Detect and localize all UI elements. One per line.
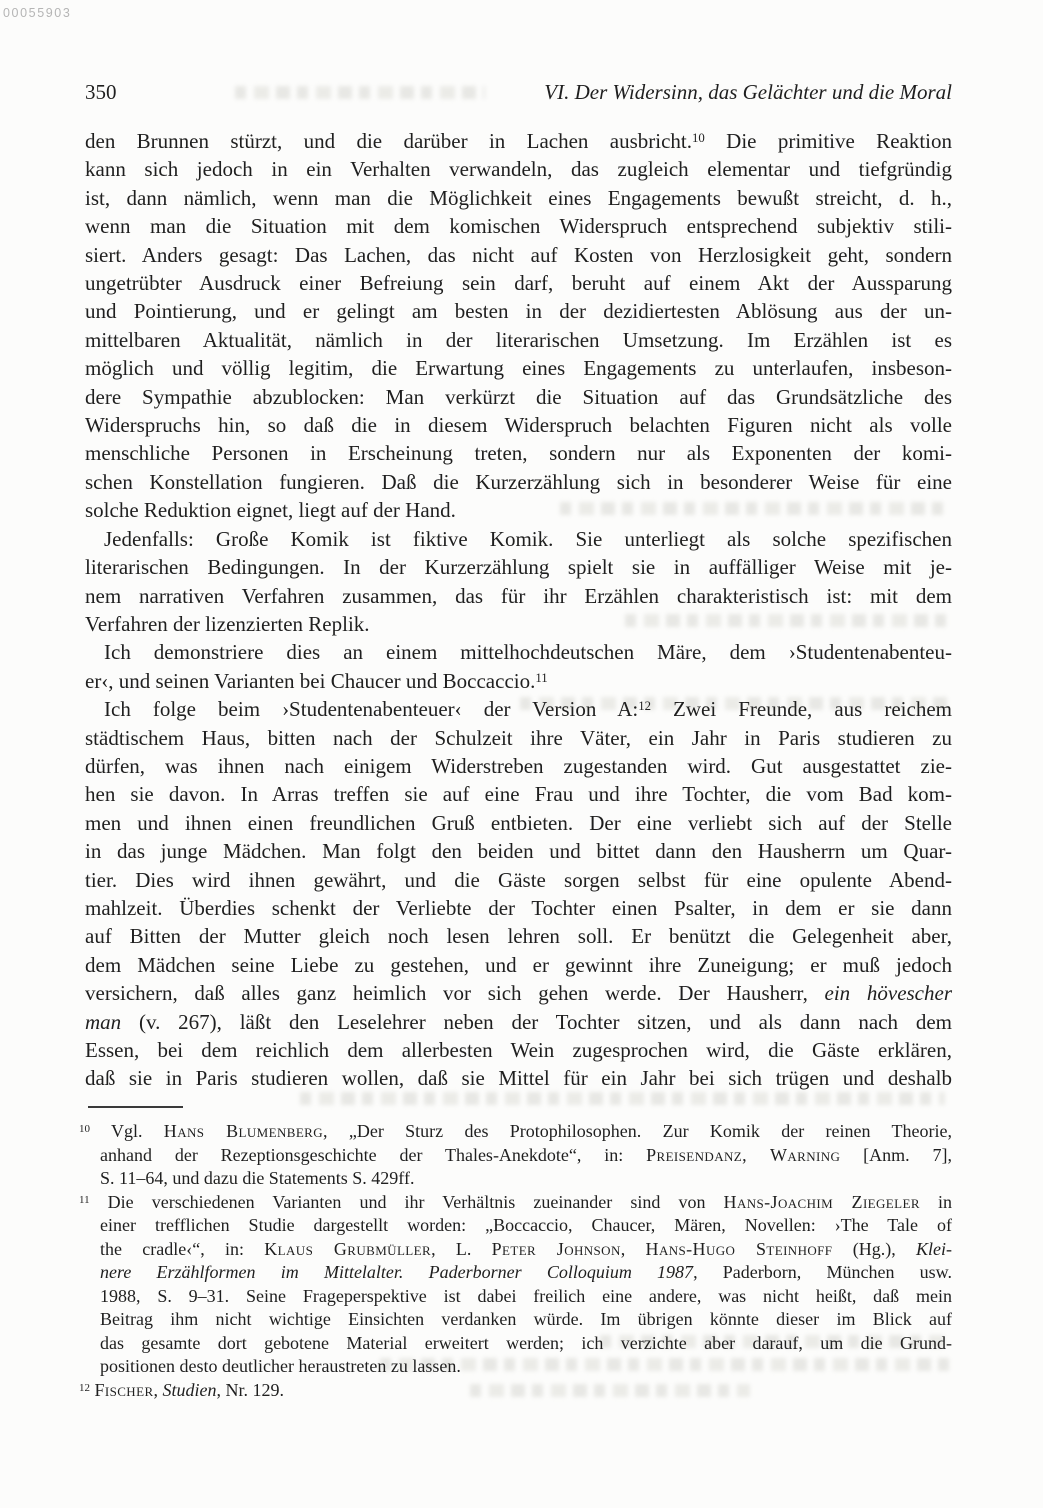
text-segment: Verfahren der lizenzierten Replik. bbox=[85, 612, 370, 636]
text-segment: , bbox=[154, 1380, 163, 1400]
text-segment: ist, dann nämlich, wenn man die Möglichk… bbox=[85, 186, 952, 210]
text-line: möglich und völlig legitim, die Erwartun… bbox=[85, 354, 952, 382]
text-segment: den Brunnen stürzt, und die darüber in L… bbox=[85, 129, 692, 153]
text-line: dem Mädchen seine Liebe zu gestehen, und… bbox=[85, 951, 952, 979]
text-segment: Essen, bei dem reichlich dem allerbesten… bbox=[85, 1038, 952, 1062]
text-line: nere Erzählformen im Mittelalter. Paderb… bbox=[100, 1261, 952, 1285]
text-line: dürfen, was ihnen nach einigem Widerstre… bbox=[85, 752, 952, 780]
text-segment: Fischer bbox=[94, 1380, 153, 1400]
text-line: nem narrativen Verfahren zusammen, das f… bbox=[85, 582, 952, 610]
body-text: den Brunnen stürzt, und die darüber in L… bbox=[85, 127, 952, 1093]
text-segment: Beitrag ihm nicht wichtige Einsichten ve… bbox=[100, 1309, 952, 1329]
text-line: tier. Dies wird ihnen gewährt, und die G… bbox=[85, 866, 952, 894]
footnote-ref: 12 bbox=[638, 699, 651, 713]
text-segment: Die verschiedenen Varianten und ihr Verh… bbox=[90, 1192, 724, 1212]
text-segment: dem Mädchen seine Liebe zu gestehen, und… bbox=[85, 953, 952, 977]
text-segment: Widerspruchs hin, so daß die in diesem W… bbox=[85, 413, 952, 437]
text-segment: , Nr. 129. bbox=[217, 1380, 285, 1400]
text-segment: man bbox=[85, 1010, 121, 1034]
text-segment: 1988, S. 9–31. Seine Frageperspektive is… bbox=[100, 1286, 952, 1306]
text-line: städtischem Haus, bitten nach der Schulz… bbox=[85, 724, 952, 752]
text-line: 10 Vgl. Hans Blumenberg, „Der Sturz des … bbox=[100, 1120, 952, 1144]
text-segment: Ich demonstriere dies an einem mittelhoc… bbox=[104, 640, 952, 664]
text-segment: hen sie davon. In Arras treffen sie auf … bbox=[85, 782, 952, 806]
text-segment: S. 11–64, und dazu die Statements S. 429… bbox=[100, 1168, 414, 1188]
text-segment: the cradle‹“, in: bbox=[100, 1239, 264, 1259]
text-segment: Studien bbox=[163, 1380, 217, 1400]
text-line: einer trefflichen Studie dargestellt wor… bbox=[100, 1214, 952, 1238]
text-segment: daß sie in Paris studieren wollen, daß s… bbox=[85, 1066, 952, 1090]
footnotes-block: 10 Vgl. Hans Blumenberg, „Der Sturz des … bbox=[79, 1120, 952, 1402]
text-segment: Preisendanz, Warning bbox=[646, 1145, 840, 1165]
footnote-ref: 10 bbox=[79, 1123, 90, 1135]
text-line: Beitrag ihm nicht wichtige Einsichten ve… bbox=[100, 1308, 952, 1332]
text-line: und Pointierung, und er gelingt am beste… bbox=[85, 297, 952, 325]
text-segment: wenn man die Situation mit dem komischen… bbox=[85, 214, 952, 238]
text-line: Essen, bei dem reichlich dem allerbesten… bbox=[85, 1036, 952, 1064]
text-segment: mahlzeit. Überdies schenkt der Verliebte… bbox=[85, 896, 952, 920]
scan-id-stamp: 00055903 bbox=[3, 6, 71, 20]
text-segment: ungetrübter Ausdruck einer Befreiung sei… bbox=[85, 271, 952, 295]
text-segment: nem narrativen Verfahren zusammen, das f… bbox=[85, 584, 952, 608]
text-segment: , bbox=[621, 1239, 646, 1259]
footnote-item: 10 Vgl. Hans Blumenberg, „Der Sturz des … bbox=[79, 1120, 952, 1191]
text-segment: , L. bbox=[431, 1239, 492, 1259]
text-segment: Zwei Freunde, aus reichem bbox=[651, 697, 952, 721]
text-segment: (v. 267), läßt den Leselehrer neben der … bbox=[121, 1010, 952, 1034]
text-line: the cradle‹“, in: Klaus Grubmüller, L. P… bbox=[100, 1238, 952, 1262]
text-segment: in bbox=[920, 1192, 952, 1212]
text-line: auf Bitten der Mutter gleich noch lesen … bbox=[85, 922, 952, 950]
text-segment: dürfen, was ihnen nach einigem Widerstre… bbox=[85, 754, 952, 778]
text-line: anhand der Rezeptionsgeschichte der Thal… bbox=[100, 1144, 952, 1168]
text-segment: Ich folge beim ›Studentenabenteuer‹ der … bbox=[104, 697, 638, 721]
text-segment: versichern, daß alles ganz heimlich vor … bbox=[85, 981, 825, 1005]
text-line: schen Konstellation fungieren. Daß die K… bbox=[85, 468, 952, 496]
footnote-item: 12 Fischer, Studien, Nr. 129. bbox=[79, 1379, 952, 1403]
text-line: Ich demonstriere dies an einem mittelhoc… bbox=[85, 638, 952, 666]
text-segment: schen Konstellation fungieren. Daß die K… bbox=[85, 470, 952, 494]
footnote-separator-rule bbox=[88, 1106, 183, 1108]
text-segment: auf Bitten der Mutter gleich noch lesen … bbox=[85, 924, 952, 948]
text-line: versichern, daß alles ganz heimlich vor … bbox=[85, 979, 952, 1007]
page-header: 350 VI. Der Widersinn, das Gelächter und… bbox=[85, 80, 952, 105]
text-segment: positionen desto deutlicher heraustreten… bbox=[100, 1356, 461, 1376]
text-segment: Die primitive Reaktion bbox=[705, 129, 952, 153]
text-line: positionen desto deutlicher heraustreten… bbox=[100, 1355, 952, 1379]
text-segment: Klaus Grubmüller bbox=[264, 1239, 431, 1259]
text-line: hen sie davon. In Arras treffen sie auf … bbox=[85, 780, 952, 808]
text-line: ungetrübter Ausdruck einer Befreiung sei… bbox=[85, 269, 952, 297]
text-line: kann sich jedoch in ein Verhalten verwan… bbox=[85, 155, 952, 183]
text-segment: anhand der Rezeptionsgeschichte der Thal… bbox=[100, 1145, 646, 1165]
text-line: 11 Die verschiedenen Varianten und ihr V… bbox=[100, 1191, 952, 1215]
text-segment: siert. Anders gesagt: Das Lachen, das ni… bbox=[85, 243, 952, 267]
text-segment: , Paderborn, München usw. bbox=[693, 1262, 952, 1282]
text-line: literarischen Bedingungen. In der Kurzer… bbox=[85, 553, 952, 581]
text-segment: literarischen Bedingungen. In der Kurzer… bbox=[85, 555, 952, 579]
text-segment: in das junge Mädchen. Man folgt den beid… bbox=[85, 839, 952, 863]
text-segment: Peter Johnson bbox=[492, 1239, 621, 1259]
text-segment: Jedenfalls: Große Komik ist fiktive Komi… bbox=[104, 527, 952, 551]
text-segment: er‹, und seinen Varianten bei Chaucer un… bbox=[85, 669, 535, 693]
footnote-ref: 11 bbox=[79, 1194, 90, 1206]
text-line: 1988, S. 9–31. Seine Frageperspektive is… bbox=[100, 1285, 952, 1309]
text-line: men und ihnen einen freundlichen Gruß en… bbox=[85, 809, 952, 837]
scanned-book-page: 00055903 350 VI. Der Widersinn, das Gelä… bbox=[0, 0, 1043, 1508]
text-segment: (Hg.), bbox=[832, 1239, 916, 1259]
text-line: man (v. 267), läßt den Leselehrer neben … bbox=[85, 1008, 952, 1036]
text-line: menschliche Personen in Erscheinung tret… bbox=[85, 439, 952, 467]
text-segment: kann sich jedoch in ein Verhalten verwan… bbox=[85, 157, 952, 181]
text-segment: tier. Dies wird ihnen gewährt, und die G… bbox=[85, 868, 952, 892]
footnote-ref: 10 bbox=[692, 131, 705, 145]
text-segment: das gesamte dort gebotene Material erwei… bbox=[100, 1333, 952, 1353]
text-line: dere Sympathie abzublocken: Man verkürzt… bbox=[85, 383, 952, 411]
text-line: Verfahren der lizenzierten Replik. bbox=[85, 610, 952, 638]
text-line: er‹, und seinen Varianten bei Chaucer un… bbox=[85, 667, 952, 695]
text-line: siert. Anders gesagt: Das Lachen, das ni… bbox=[85, 241, 952, 269]
page-number: 350 bbox=[85, 80, 117, 105]
text-segment: möglich und völlig legitim, die Erwartun… bbox=[85, 356, 952, 380]
footnote-ref: 11 bbox=[535, 671, 547, 685]
text-segment: Vgl. bbox=[90, 1121, 164, 1141]
text-segment: und Pointierung, und er gelingt am beste… bbox=[85, 299, 952, 323]
text-segment: solche Reduktion eignet, liegt auf der H… bbox=[85, 498, 456, 522]
text-line: Ich folge beim ›Studentenabenteuer‹ der … bbox=[85, 695, 952, 723]
footnote-ref: 12 bbox=[79, 1382, 90, 1394]
text-line: 12 Fischer, Studien, Nr. 129. bbox=[100, 1379, 952, 1403]
text-line: wenn man die Situation mit dem komischen… bbox=[85, 212, 952, 240]
text-line: Jedenfalls: Große Komik ist fiktive Komi… bbox=[85, 525, 952, 553]
text-segment: Hans Blumenberg bbox=[164, 1121, 323, 1141]
text-line: den Brunnen stürzt, und die darüber in L… bbox=[85, 127, 952, 155]
text-segment: nere Erzählformen im Mittelalter. Paderb… bbox=[100, 1262, 693, 1282]
text-segment: einer trefflichen Studie dargestellt wor… bbox=[100, 1215, 952, 1235]
text-segment: Hans-Hugo Steinhoff bbox=[646, 1239, 833, 1259]
footnote-item: 11 Die verschiedenen Varianten und ihr V… bbox=[79, 1191, 952, 1379]
text-line: in das junge Mädchen. Man folgt den beid… bbox=[85, 837, 952, 865]
text-line: mittelbaren Aktualität, nämlich in der l… bbox=[85, 326, 952, 354]
bleed-through-artifact bbox=[300, 1092, 945, 1105]
text-line: solche Reduktion eignet, liegt auf der H… bbox=[85, 496, 952, 524]
text-segment: mittelbaren Aktualität, nämlich in der l… bbox=[85, 328, 952, 352]
text-line: das gesamte dort gebotene Material erwei… bbox=[100, 1332, 952, 1356]
text-segment: dere Sympathie abzublocken: Man verkürzt… bbox=[85, 385, 952, 409]
text-line: mahlzeit. Überdies schenkt der Verliebte… bbox=[85, 894, 952, 922]
text-line: Widerspruchs hin, so daß die in diesem W… bbox=[85, 411, 952, 439]
text-segment: [Anm. 7], bbox=[840, 1145, 952, 1165]
text-segment: , „Der Sturz des Protophilosophen. Zur K… bbox=[323, 1121, 952, 1141]
text-segment: ein hövescher bbox=[825, 981, 952, 1005]
text-line: S. 11–64, und dazu die Statements S. 429… bbox=[100, 1167, 952, 1191]
text-line: ist, dann nämlich, wenn man die Möglichk… bbox=[85, 184, 952, 212]
text-segment: menschliche Personen in Erscheinung tret… bbox=[85, 441, 952, 465]
running-head: VI. Der Widersinn, das Gelächter und die… bbox=[544, 80, 952, 105]
text-segment: Klei- bbox=[916, 1239, 952, 1259]
text-line: daß sie in Paris studieren wollen, daß s… bbox=[85, 1064, 952, 1092]
text-segment: men und ihnen einen freundlichen Gruß en… bbox=[85, 811, 952, 835]
text-segment: städtischem Haus, bitten nach der Schulz… bbox=[85, 726, 952, 750]
text-segment: Hans-Joachim Ziegeler bbox=[724, 1192, 920, 1212]
